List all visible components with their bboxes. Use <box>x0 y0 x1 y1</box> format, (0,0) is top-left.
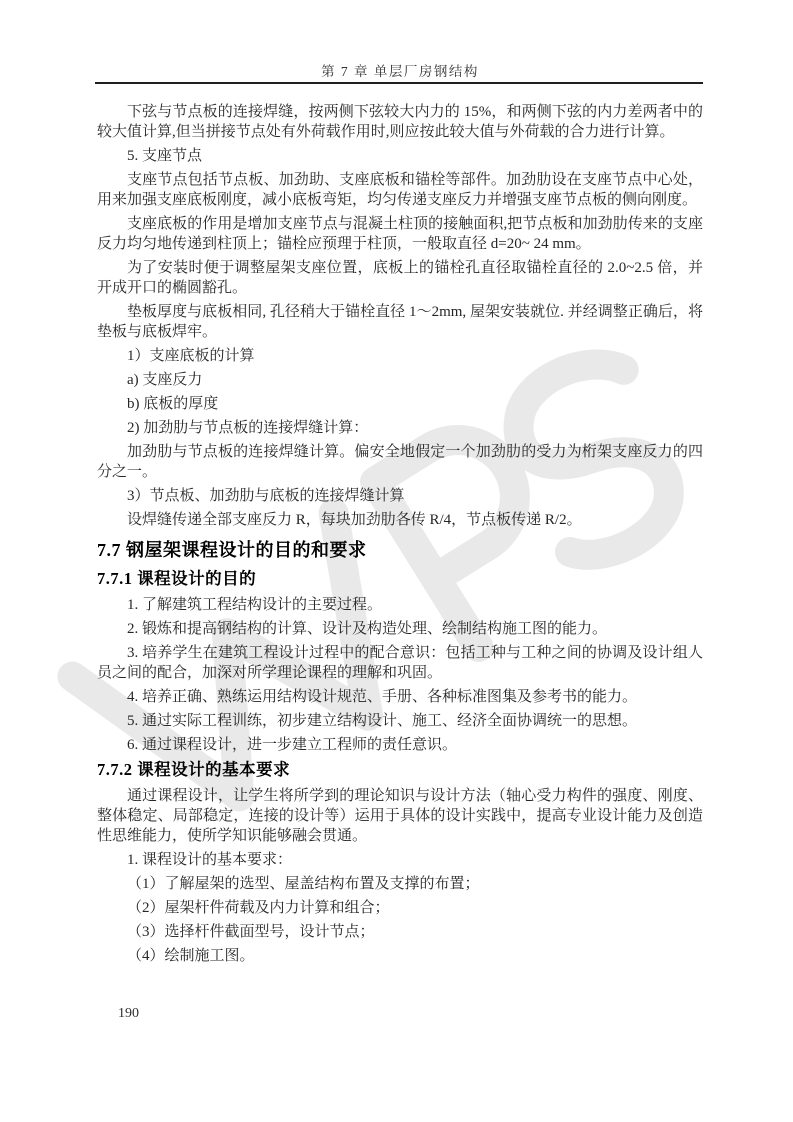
header-divider <box>95 82 703 84</box>
list-line: 3）节点板、加劲肋与底板的连接焊缝计算 <box>97 486 703 506</box>
list-line: 5. 支座节点 <box>97 146 703 166</box>
subsection-heading: 7.7.1 课程设计的目的 <box>97 568 703 590</box>
list-line: 设焊缝传递全部支座反力 R，每块加劲肋各传 R/4，节点板传递 R/2。 <box>97 510 703 530</box>
paragraph: 下弦与节点板的连接焊缝，按两侧下弦较大内力的 15%，和两侧下弦的内力差两者中的… <box>97 102 703 142</box>
page-number: 190 <box>118 1006 139 1022</box>
list-line: 1）支座底板的计算 <box>97 346 703 366</box>
list-line: 2) 加劲肋与节点板的连接焊缝计算： <box>97 418 703 438</box>
subsection-heading: 7.7.2 课程设计的基本要求 <box>97 759 703 781</box>
section-heading: 7.7 钢屋架课程设计的目的和要求 <box>97 538 703 562</box>
list-line: 6. 通过课程设计，进一步建立工程师的责任意识。 <box>97 735 703 755</box>
list-line: （4）绘制施工图。 <box>97 946 703 966</box>
list-line: a) 支座反力 <box>97 370 703 390</box>
list-line: 1. 课程设计的基本要求： <box>97 850 703 870</box>
paragraph: 支座节点包括节点板、加劲助、支座底板和锚栓等部件。加劲肋设在支座节点中心处，用来… <box>97 170 703 210</box>
paragraph: 为了安装时便于调整屋架支座位置，底板上的锚栓孔直径取锚栓直径的 2.0~2.5 … <box>97 258 703 298</box>
document-page: 第 7 章 单层厂房钢结构 下弦与节点板的连接焊缝，按两侧下弦较大内力的 15%… <box>0 0 793 1122</box>
list-line: 1. 了解建筑工程结构设计的主要过程。 <box>97 595 703 615</box>
list-line: 2. 锻炼和提高钢结构的计算、设计及构造处理、绘制结构施工图的能力。 <box>97 619 703 639</box>
running-header-title: 第 7 章 单层厂房钢结构 <box>97 60 703 80</box>
list-line: 5. 通过实际工程训练，初步建立结构设计、施工、经济全面协调统一的思想。 <box>97 711 703 731</box>
paragraph: 垫板厚度与底板相同, 孔径稍大于锚栓直径 1～2mm, 屋架安装就位. 并经调整… <box>97 302 703 342</box>
list-line: （3）选择杆件截面型号，设计节点； <box>97 922 703 942</box>
list-line: （2）屋架杆件荷载及内力计算和组合； <box>97 898 703 918</box>
paragraph: 加劲肋与节点板的连接焊缝计算。偏安全地假定一个加劲肋的受力为桁架支座反力的四分之… <box>97 442 703 482</box>
document-body: 下弦与节点板的连接焊缝，按两侧下弦较大内力的 15%，和两侧下弦的内力差两者中的… <box>97 102 703 970</box>
list-line: （1）了解屋架的选型、屋盖结构布置及支撑的布置； <box>97 874 703 894</box>
list-line: b) 底板的厚度 <box>97 394 703 414</box>
list-line: 4. 培养正确、熟练运用结构设计规范、手册、各种标准图集及参考书的能力。 <box>97 687 703 707</box>
paragraph: 通过课程设计，让学生将所学到的理论知识与设计方法（轴心受力构件的强度、刚度、整体… <box>97 786 703 846</box>
paragraph: 3. 培养学生在建筑工程设计过程中的配合意识：包括工种与工种之间的协调及设计组人… <box>97 643 703 683</box>
paragraph: 支座底板的作用是增加支座节点与混凝土柱顶的接触面积,把节点板和加劲肋传来的支座反… <box>97 214 703 254</box>
